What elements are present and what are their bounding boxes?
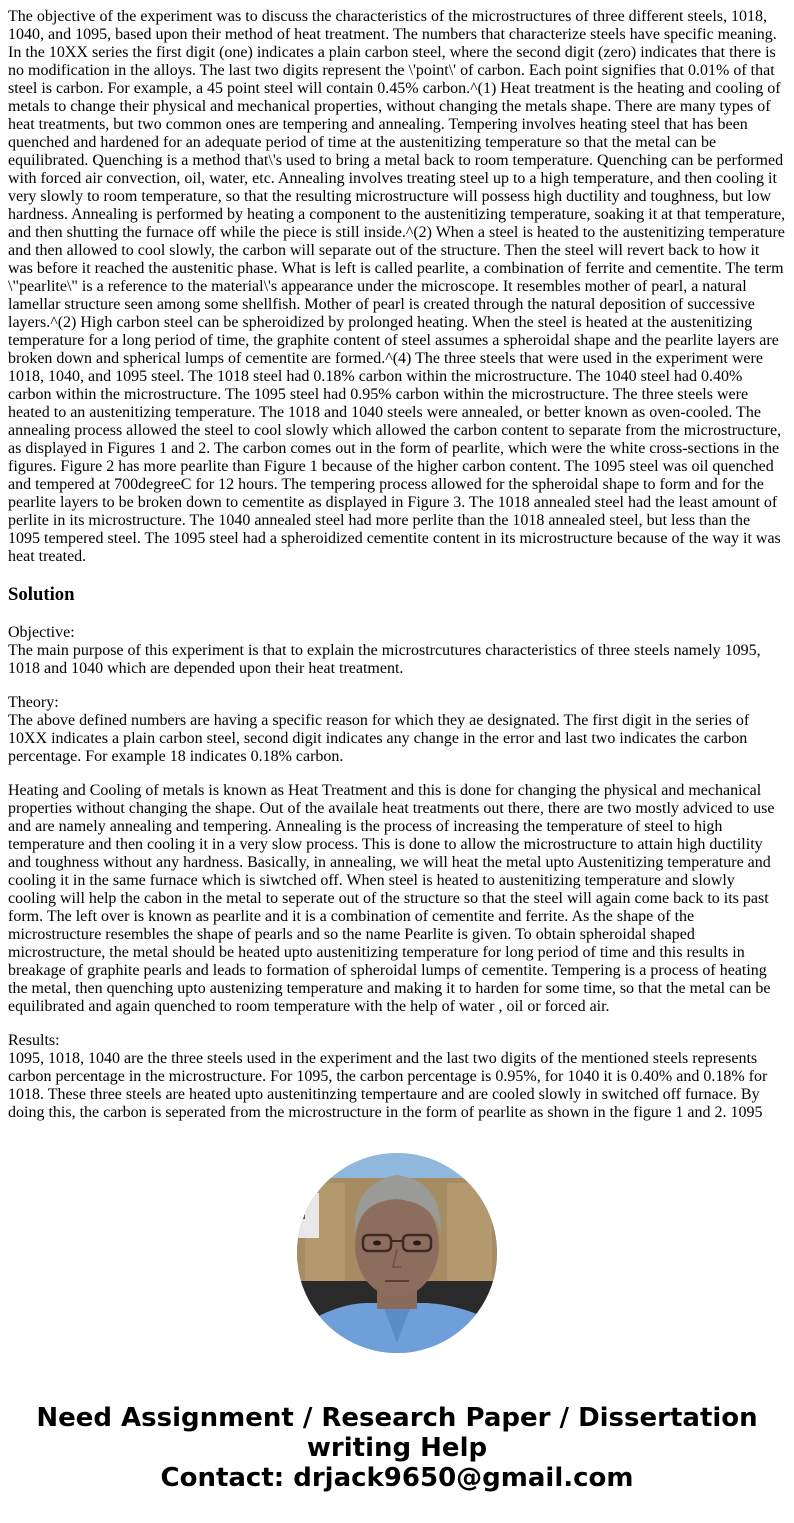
promo-line-2: writing Help: [0, 1433, 794, 1463]
document-body: The objective of the experiment was to d…: [8, 8, 786, 1138]
results-label: Results:: [8, 1032, 786, 1050]
avatar-portrait-image: [297, 1153, 497, 1353]
heat-treatment-text: Heating and Cooling of metals is known a…: [8, 782, 774, 1015]
objective-text: The main purpose of this experiment is t…: [8, 642, 761, 677]
promo-contact-email: Contact: drjack9650@gmail.com: [0, 1463, 794, 1493]
question-text: The objective of the experiment was to d…: [8, 8, 786, 566]
results-section: Results: 1095, 1018, 1040 are the three …: [8, 1032, 786, 1122]
theory-section: Theory: The above defined numbers are ha…: [8, 694, 786, 766]
heat-treatment-section: Heating and Cooling of metals is known a…: [8, 782, 786, 1016]
theory-text: The above defined numbers are having a s…: [8, 712, 749, 765]
objective-section: Objective: The main purpose of this expe…: [8, 624, 786, 678]
results-text: 1095, 1018, 1040 are the three steels us…: [8, 1050, 767, 1121]
theory-label: Theory:: [8, 694, 786, 712]
objective-label: Objective:: [8, 624, 786, 642]
solution-heading: Solution: [8, 584, 786, 606]
avatar: [297, 1153, 497, 1353]
promo-banner: Need Assignment / Research Paper / Disse…: [0, 1403, 794, 1493]
promo-line-1: Need Assignment / Research Paper / Disse…: [0, 1403, 794, 1433]
